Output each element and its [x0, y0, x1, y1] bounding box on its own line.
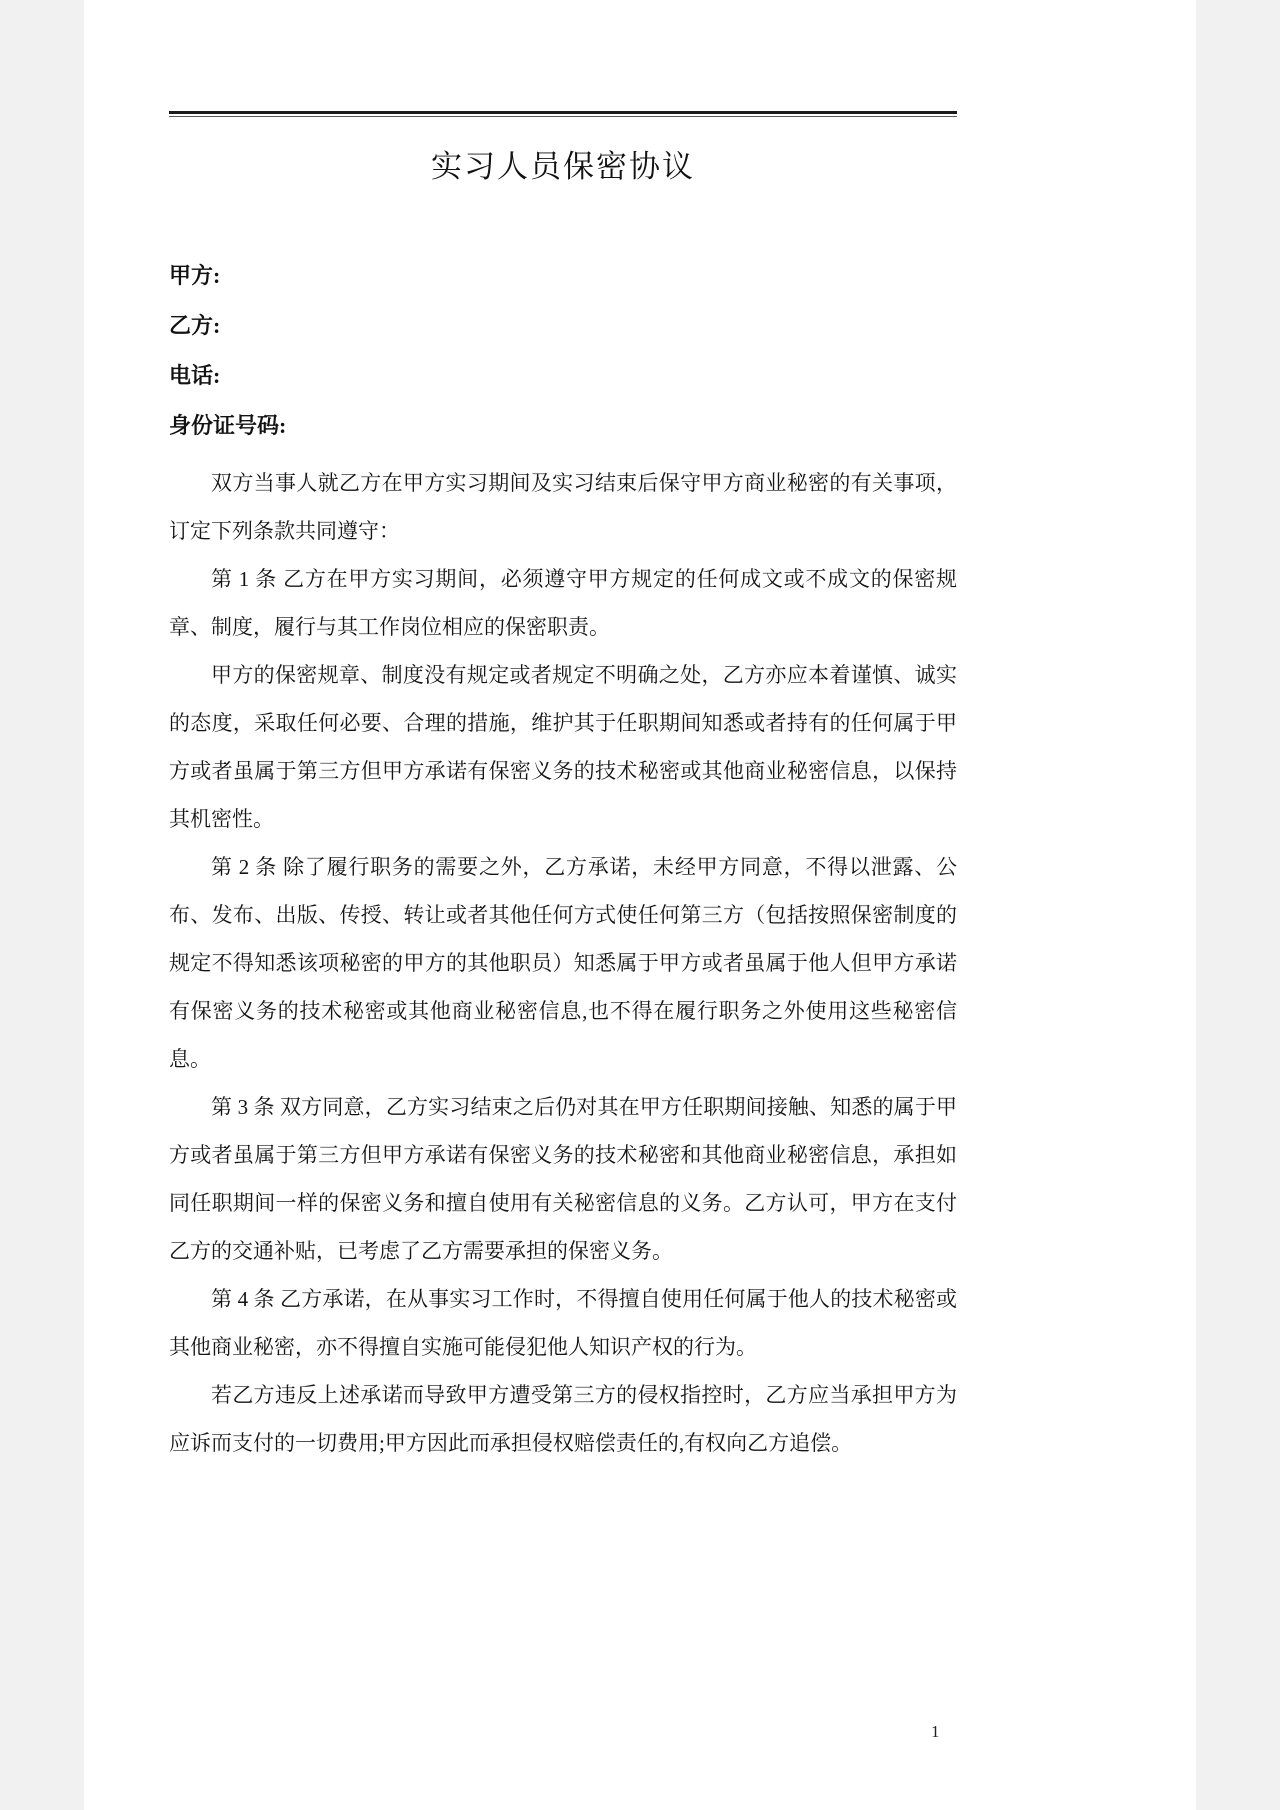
page-content: 实习人员保密协议 甲方: 乙方: 电话: 身份证号码: 双方当事人就乙方在甲方实… [84, 0, 1196, 1467]
paragraph-article-2: 第 2 条 除了履行职务的需要之外，乙方承诺，未经甲方同意，不得以泄露、公布、发… [169, 843, 957, 1083]
header-rule-thin [169, 116, 957, 117]
header-rule-thick [169, 111, 957, 114]
paragraph-preamble: 双方当事人就乙方在甲方实习期间及实习结束后保守甲方商业秘密的有关事项，订定下列条… [169, 459, 957, 555]
paragraph-article-1: 第 1 条 乙方在甲方实习期间，必须遵守甲方规定的任何成文或不成文的保密规章、制… [169, 555, 957, 651]
paragraph-article-1-supplement: 甲方的保密规章、制度没有规定或者规定不明确之处，乙方亦应本着谨慎、诚实的态度，采… [169, 651, 957, 843]
document-body: 双方当事人就乙方在甲方实习期间及实习结束后保守甲方商业秘密的有关事项，订定下列条… [169, 459, 957, 1467]
field-party-a: 甲方: [169, 251, 957, 301]
field-phone: 电话: [169, 351, 957, 401]
paragraph-article-3: 第 3 条 双方同意，乙方实习结束之后仍对其在甲方任职期间接触、知悉的属于甲方或… [169, 1083, 957, 1275]
document-canvas: 实习人员保密协议 甲方: 乙方: 电话: 身份证号码: 双方当事人就乙方在甲方实… [0, 0, 1280, 1810]
document-title: 实习人员保密协议 [169, 145, 957, 189]
page-number: 1 [931, 1722, 940, 1742]
field-party-b: 乙方: [169, 301, 957, 351]
paragraph-article-4: 第 4 条 乙方承诺，在从事实习工作时，不得擅自使用任何属于他人的技术秘密或其他… [169, 1275, 957, 1371]
party-fields: 甲方: 乙方: 电话: 身份证号码: [169, 251, 957, 451]
paragraph-article-4-liability: 若乙方违反上述承诺而导致甲方遭受第三方的侵权指控时，乙方应当承担甲方为应诉而支付… [169, 1371, 957, 1467]
field-id-number: 身份证号码: [169, 401, 957, 451]
document-page: 实习人员保密协议 甲方: 乙方: 电话: 身份证号码: 双方当事人就乙方在甲方实… [84, 0, 1196, 1810]
